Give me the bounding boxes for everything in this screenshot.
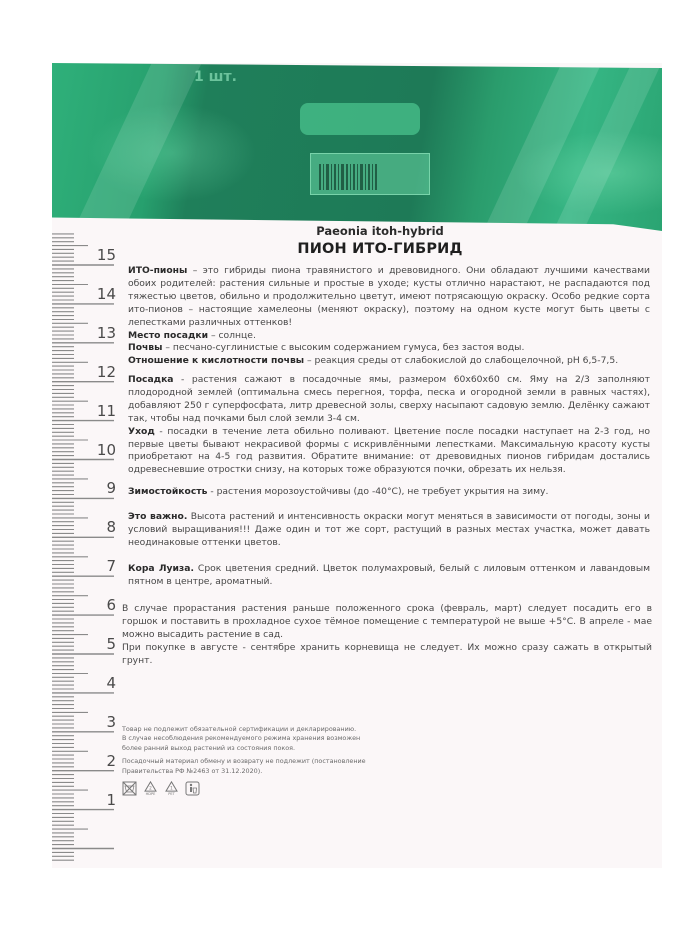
hardiness-paragraph: Зимостойкость - растения морозоустойчивы… bbox=[128, 486, 650, 499]
care-paragraph: Уход - посадки в течение лета обильно по… bbox=[128, 426, 650, 478]
recycle-hdpe-icon: 2 HDPE bbox=[143, 781, 158, 796]
description-block-storage: В случае прорастания растения раньше пол… bbox=[122, 603, 652, 668]
description-block-top: ИТО-пионы – это гибриды пиона травянисто… bbox=[128, 265, 650, 368]
legal-certification: Товар не подлежит обязательной сертифика… bbox=[122, 725, 382, 734]
ruler-label: 10 bbox=[86, 441, 116, 459]
ruler-label: 6 bbox=[86, 596, 116, 614]
svg-text:2: 2 bbox=[149, 785, 152, 790]
dispose-in-bin-icon bbox=[185, 781, 200, 796]
recycle-pet-icon: 1 PET bbox=[164, 781, 179, 796]
ruler-label: 8 bbox=[86, 518, 116, 536]
ruler-label: 13 bbox=[86, 324, 116, 342]
legal-storage: В случае несоблюдения рекомендуемого реж… bbox=[122, 734, 382, 753]
ruler-label: 5 bbox=[86, 635, 116, 653]
ruler-label: 2 bbox=[86, 752, 116, 770]
ruler-label: 12 bbox=[86, 363, 116, 381]
bag-quantity-text: 1 шт. bbox=[194, 69, 237, 85]
green-plastic-bag: 1 шт. bbox=[52, 63, 662, 231]
description-block-variety: Кора Луиза. Срок цветения средний. Цвето… bbox=[128, 563, 650, 589]
site-paragraph: Место посадки – солнце. bbox=[128, 330, 650, 343]
centimeter-ruler: 151413121110987654321 bbox=[52, 231, 132, 868]
ruler-label: 7 bbox=[86, 557, 116, 575]
description-block-important: Это важно. Высота растений и интенсивнос… bbox=[128, 511, 650, 550]
acidity-paragraph: Отношение к кислотности почвы – реакция … bbox=[128, 355, 650, 368]
latin-name: Paeonia itoh-hybrid bbox=[0, 224, 700, 238]
svg-text:1: 1 bbox=[170, 785, 173, 790]
description-block-care: Посадка - растения сажают в посадочные я… bbox=[128, 374, 650, 477]
legal-return: Посадочный материал обмену и возврату не… bbox=[122, 757, 382, 776]
legal-notice: Товар не подлежит обязательной сертифика… bbox=[122, 725, 382, 776]
bag-fold bbox=[68, 63, 207, 231]
ruler-label: 14 bbox=[86, 285, 116, 303]
important-paragraph: Это важно. Высота растений и интенсивнос… bbox=[128, 511, 650, 550]
ruler-label: 1 bbox=[86, 791, 116, 809]
barcode bbox=[310, 153, 430, 195]
sprouting-paragraph: В случае прорастания растения раньше пол… bbox=[122, 603, 652, 642]
ruler-label: 11 bbox=[86, 402, 116, 420]
no-wash-icon bbox=[122, 781, 137, 796]
variety-paragraph: Кора Луиза. Срок цветения средний. Цвето… bbox=[128, 563, 650, 589]
planting-paragraph: Посадка - растения сажают в посадочные я… bbox=[128, 374, 650, 426]
ruler-label: 9 bbox=[86, 479, 116, 497]
product-title: ПИОН ИТО-ГИБРИД bbox=[0, 241, 700, 257]
intro-paragraph: ИТО-пионы – это гибриды пиона травянисто… bbox=[128, 265, 650, 330]
description-block-hardiness: Зимостойкость - растения морозоустойчивы… bbox=[128, 486, 650, 499]
ruler-label: 4 bbox=[86, 674, 116, 692]
august-paragraph: При покупке в августе - сентябре хранить… bbox=[122, 642, 652, 668]
ruler-label: 3 bbox=[86, 713, 116, 731]
soil-paragraph: Почвы – песчано-суглинистые с высоким со… bbox=[128, 342, 650, 355]
packaging-symbols: 2 HDPE 1 PET bbox=[122, 781, 200, 796]
bag-label-block bbox=[300, 103, 420, 135]
